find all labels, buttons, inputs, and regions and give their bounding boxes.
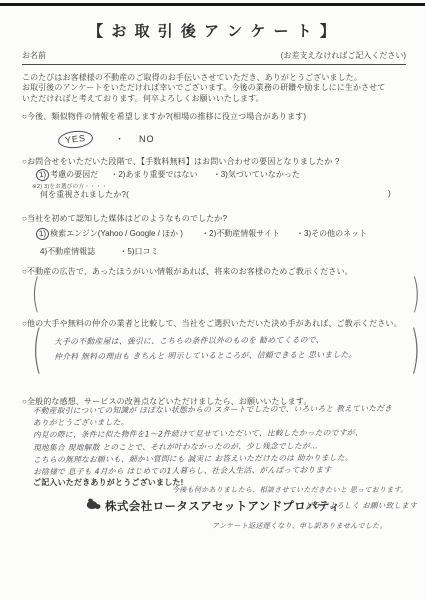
- question-2-followup-close: ): [388, 189, 391, 198]
- intro-line: いただければと考えております。何卒よろしくお願いいたします。: [22, 94, 407, 104]
- handwritten-followup-note: 今後も何かありましたら、相談させていただきたいと 思っております。: [172, 485, 408, 495]
- question-5-answer-box: ( ) 大手の不動産屋は、強引に、こちらの条件以外のものを 勧めてくるので、 仲…: [28, 328, 424, 374]
- q3-option-4-text: 不動産情報誌: [47, 247, 95, 256]
- question-2-followup: 何を重視されましたか?(: [40, 189, 129, 200]
- answer-no: NO: [139, 134, 155, 144]
- question-4-label: ○不動産の広告で、あったほうがいい情報があれば、将来のお客様のためご教示ください…: [22, 266, 353, 277]
- q3-option-2-text: 不動産情報サイト: [216, 229, 279, 238]
- handwritten-apology-note: アンケート返送遅くなり、申し訳ありませんでした。: [212, 521, 387, 531]
- q2-option-3-num: ・3): [213, 170, 228, 179]
- q3-option-2: ・2)不動産情報サイト: [201, 228, 280, 239]
- scanned-survey-page: 【 お 取 引 後 ア ン ケ ー ト 】 お名前 (お差支えなければご記入くだ…: [0, 0, 425, 600]
- q3-option-3: ・3)その他のネット: [296, 228, 367, 239]
- separator-dot: ・: [115, 134, 125, 144]
- answer-yes-circled: YES: [57, 129, 94, 150]
- question-3-options-row2: 4)不動産情報誌 ・5)口コミ: [40, 246, 158, 257]
- handwritten-regards-note: どうぞよろしく お願い致します: [305, 500, 417, 511]
- q2-option-3-text: 気づいていなかった: [228, 170, 300, 179]
- page-title: 【 お 取 引 後 ア ン ケ ー ト 】: [0, 20, 425, 41]
- q3-option-3-text: その他のネット: [311, 229, 367, 238]
- q3-option-5-num: ・5): [119, 247, 134, 256]
- question-3-options-row1: 1)検索エンジン(Yahoo / Google / ほか ) ・2)不動産情報サ…: [36, 228, 367, 240]
- question-1-answers: YES・NO: [58, 131, 155, 148]
- q3-option-5-text: 口コミ: [134, 247, 158, 256]
- question-4-answer-box: ( ): [30, 277, 422, 313]
- q3-option-1: 1)検索エンジン(Yahoo / Google / ほか ): [36, 228, 183, 240]
- company-logo-icon: [86, 497, 101, 515]
- closing-thanks: ご記入いただきありがとうございました!: [33, 477, 183, 488]
- close-paren: ): [412, 271, 421, 317]
- q2-option-1-circle: 1): [36, 168, 50, 181]
- q3-option-4: 4)不動産情報誌: [40, 246, 95, 257]
- name-row: お名前 (お差支えなければご記入ください): [22, 50, 406, 65]
- q2-option-2-num: ・2): [110, 170, 125, 179]
- q3-option-1-circle: 1): [36, 227, 50, 240]
- q3-option-5: ・5)口コミ: [119, 246, 158, 257]
- q2-option-2-text: あまり重要ではない: [125, 170, 197, 179]
- intro-line: このたびはお客様様の不動産のご取得のお手伝いさせていただき、ありがとうございまし…: [22, 73, 407, 83]
- name-label: お名前: [22, 50, 46, 61]
- company-signature: 株式会社ロータスアセットアンドプロパティ: [86, 497, 341, 515]
- q3-option-1-text: 検索エンジン(Yahoo / Google / ほか ): [50, 229, 183, 238]
- q2-option-3: ・3)気づいていなかった: [213, 169, 300, 180]
- open-paren: (: [32, 271, 41, 317]
- top-border-line: [0, 3, 425, 6]
- q2-option-1: 1)考慮の要因だ: [36, 169, 98, 181]
- handwritten-line: 仲介料 無料の理由も きちんと 明示しているところが、信頼できると 思いました。: [54, 347, 424, 365]
- q3-option-3-num: ・3): [296, 229, 311, 238]
- question-1-label: ○今後、類似物件の情報を希望しますか?(相場の推移に役立つ場合があります): [22, 111, 306, 122]
- q2-option-2: ・2)あまり重要ではない: [110, 169, 197, 180]
- question-2-options: 1)考慮の要因だ ・2)あまり重要ではない ・3)気づいていなかった: [36, 169, 300, 181]
- question-3-label: ○当社を初めて認知した媒体はどのようなものでしたか?: [22, 213, 227, 224]
- name-note: (お差支えなければご記入ください): [281, 50, 406, 61]
- q3-option-2-num: ・2): [201, 229, 216, 238]
- question-5-answer-text: 大手の不動産屋は、強引に、こちらの条件以外のものを 勧めてくるので、 仲介料 無…: [28, 327, 424, 365]
- question-6-answer-text: 不動産取引についての知識が ほぼない状態からの スタートでしたので、いろいろと …: [33, 403, 416, 479]
- question-2-label: ○お問合せをいただいた段階で、【手数料無料】はお問い合わせの要因となりましたか …: [22, 156, 340, 167]
- q2-option-1-text: 考慮の要因だ: [50, 170, 98, 179]
- intro-line: お取引後のアンケートをいただければ幸いでございます。今後の業務の研鑽や励ましにに…: [22, 83, 407, 93]
- intro-paragraph: このたびはお客様様の不動産のご取得のお手伝いさせていただき、ありがとうございまし…: [22, 73, 407, 104]
